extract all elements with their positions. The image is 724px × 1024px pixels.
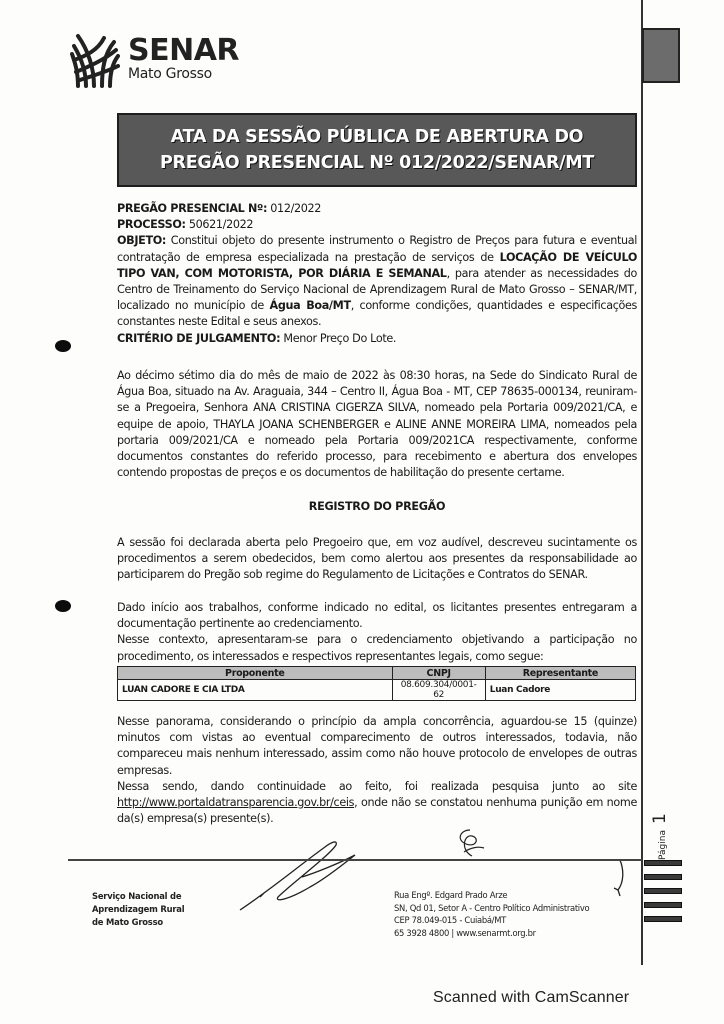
footer-address-line-1: Rua Engº. Edgard Prado Arze bbox=[394, 889, 589, 902]
pregao-value: 012/2022 bbox=[267, 202, 321, 215]
initials-mark bbox=[450, 826, 490, 862]
footer-address-line-2: SN, Qd 01, Setor A - Centro Político Adm… bbox=[394, 902, 589, 915]
footer-contact-line: 65 3928 4800 | www.senarmt.org.br bbox=[394, 927, 589, 940]
column-header-proponente: Proponente bbox=[118, 667, 393, 680]
page-edge-bars bbox=[644, 860, 682, 930]
right-margin-line bbox=[641, 0, 643, 965]
section-heading-registro: REGISTRO DO PREGÃO bbox=[117, 500, 637, 513]
objeto-location: Água Boa/MT bbox=[270, 299, 351, 312]
processo-value: 50621/2022 bbox=[186, 218, 254, 231]
signature-mark bbox=[230, 835, 370, 915]
edge-bar bbox=[644, 916, 682, 922]
punch-hole-icon bbox=[55, 600, 71, 612]
page-tab-marker bbox=[642, 28, 680, 83]
column-header-cnpj: CNPJ bbox=[392, 667, 485, 680]
page-number: 1 bbox=[650, 813, 670, 824]
logo-subtitle: Mato Grosso bbox=[128, 66, 239, 82]
participants-table: Proponente CNPJ Representante LUAN CADOR… bbox=[117, 666, 636, 701]
title-line-2: PREGÃO PRESENCIAL Nº 012/2022/SENAR/MT bbox=[160, 150, 594, 176]
edge-bar bbox=[644, 902, 682, 908]
table-header-row: Proponente CNPJ Representante bbox=[118, 667, 636, 680]
pregao-field: PREGÃO PRESENCIAL Nº: 012/2022 bbox=[117, 201, 637, 217]
participants-intro-paragraph: Nesse contexto, apresentaram-se para o c… bbox=[117, 632, 637, 664]
table-row: LUAN CADORE E CIA LTDA 08.609.304/0001-6… bbox=[118, 680, 636, 701]
processo-field: PROCESSO: 50621/2022 bbox=[117, 217, 637, 233]
cell-proponente: LUAN CADORE E CIA LTDA bbox=[118, 680, 393, 701]
punch-hole-icon bbox=[55, 340, 71, 352]
edge-bar bbox=[644, 888, 682, 894]
document-title-banner: ATA DA SESSÃO PÚBLICA DE ABERTURA DO PRE… bbox=[117, 113, 637, 187]
credentialing-block: Dado início aos trabalhos, conforme indi… bbox=[117, 600, 637, 665]
footer-address: Rua Engº. Edgard Prado Arze SN, Qd 01, S… bbox=[394, 889, 589, 939]
cell-representante: Luan Cadore bbox=[485, 680, 635, 701]
edge-bar bbox=[644, 860, 682, 866]
criterio-label: CRITÉRIO DE JULGAMENTO: bbox=[117, 332, 280, 345]
session-declared-paragraph: A sessão foi declarada aberta pelo Prego… bbox=[117, 535, 637, 584]
page-indicator: Página 1 bbox=[650, 800, 680, 860]
objeto-label: OBJETO: bbox=[117, 234, 166, 247]
footer-organization: Serviço Nacional de Aprendizagem Rural d… bbox=[92, 890, 184, 929]
closing-block: Nesse panorama, considerando o princípio… bbox=[117, 714, 637, 827]
criterio-value: Menor Preço Do Lote. bbox=[280, 332, 396, 345]
title-line-1: ATA DA SESSÃO PÚBLICA DE ABERTURA DO bbox=[171, 124, 584, 150]
camscanner-watermark: Scanned with CamScanner bbox=[433, 989, 629, 1007]
senar-logo: SENAR Mato Grosso bbox=[70, 30, 239, 88]
waiting-period-paragraph: Nesse panorama, considerando o princípio… bbox=[117, 714, 637, 779]
scanned-document-page: SENAR Mato Grosso ATA DA SESSÃO PÚBLICA … bbox=[0, 0, 724, 1024]
pregao-label: PREGÃO PRESENCIAL Nº: bbox=[117, 202, 267, 215]
objeto-field: OBJETO: Constitui objeto do presente ins… bbox=[117, 233, 637, 330]
criterio-field: CRITÉRIO DE JULGAMENTO: Menor Preço Do L… bbox=[117, 331, 637, 347]
pen-stroke-mark bbox=[610, 858, 630, 898]
meta-block: PREGÃO PRESENCIAL Nº: 012/2022 PROCESSO:… bbox=[117, 201, 637, 347]
senar-wheat-icon bbox=[70, 30, 120, 88]
ceis-search-paragraph: Nessa sendo, dando continuidade ao feito… bbox=[117, 779, 637, 828]
ceis-text-pre: Nessa sendo, dando continuidade ao feito… bbox=[117, 780, 637, 793]
footer-address-line-3: CEP 78.049-015 - Cuiabá/MT bbox=[394, 914, 589, 927]
footer-divider bbox=[68, 859, 642, 861]
credentialing-paragraph: Dado início aos trabalhos, conforme indi… bbox=[117, 600, 637, 632]
portal-transparencia-link[interactable]: http://www.portaldatransparencia.gov.br/… bbox=[117, 796, 354, 809]
column-header-representante: Representante bbox=[485, 667, 635, 680]
logo-name: SENAR bbox=[128, 36, 239, 66]
edge-bar bbox=[644, 874, 682, 880]
cell-cnpj: 08.609.304/0001-62 bbox=[392, 680, 485, 701]
footer-org-line-3: de Mato Grosso bbox=[92, 916, 184, 929]
footer-org-line-2: Aprendizagem Rural bbox=[92, 903, 184, 916]
processo-label: PROCESSO: bbox=[117, 218, 186, 231]
page-label: Página bbox=[658, 830, 668, 860]
footer-org-line-1: Serviço Nacional de bbox=[92, 890, 184, 903]
session-opening-paragraph: Ao décimo sétimo dia do mês de maio de 2… bbox=[117, 368, 637, 481]
